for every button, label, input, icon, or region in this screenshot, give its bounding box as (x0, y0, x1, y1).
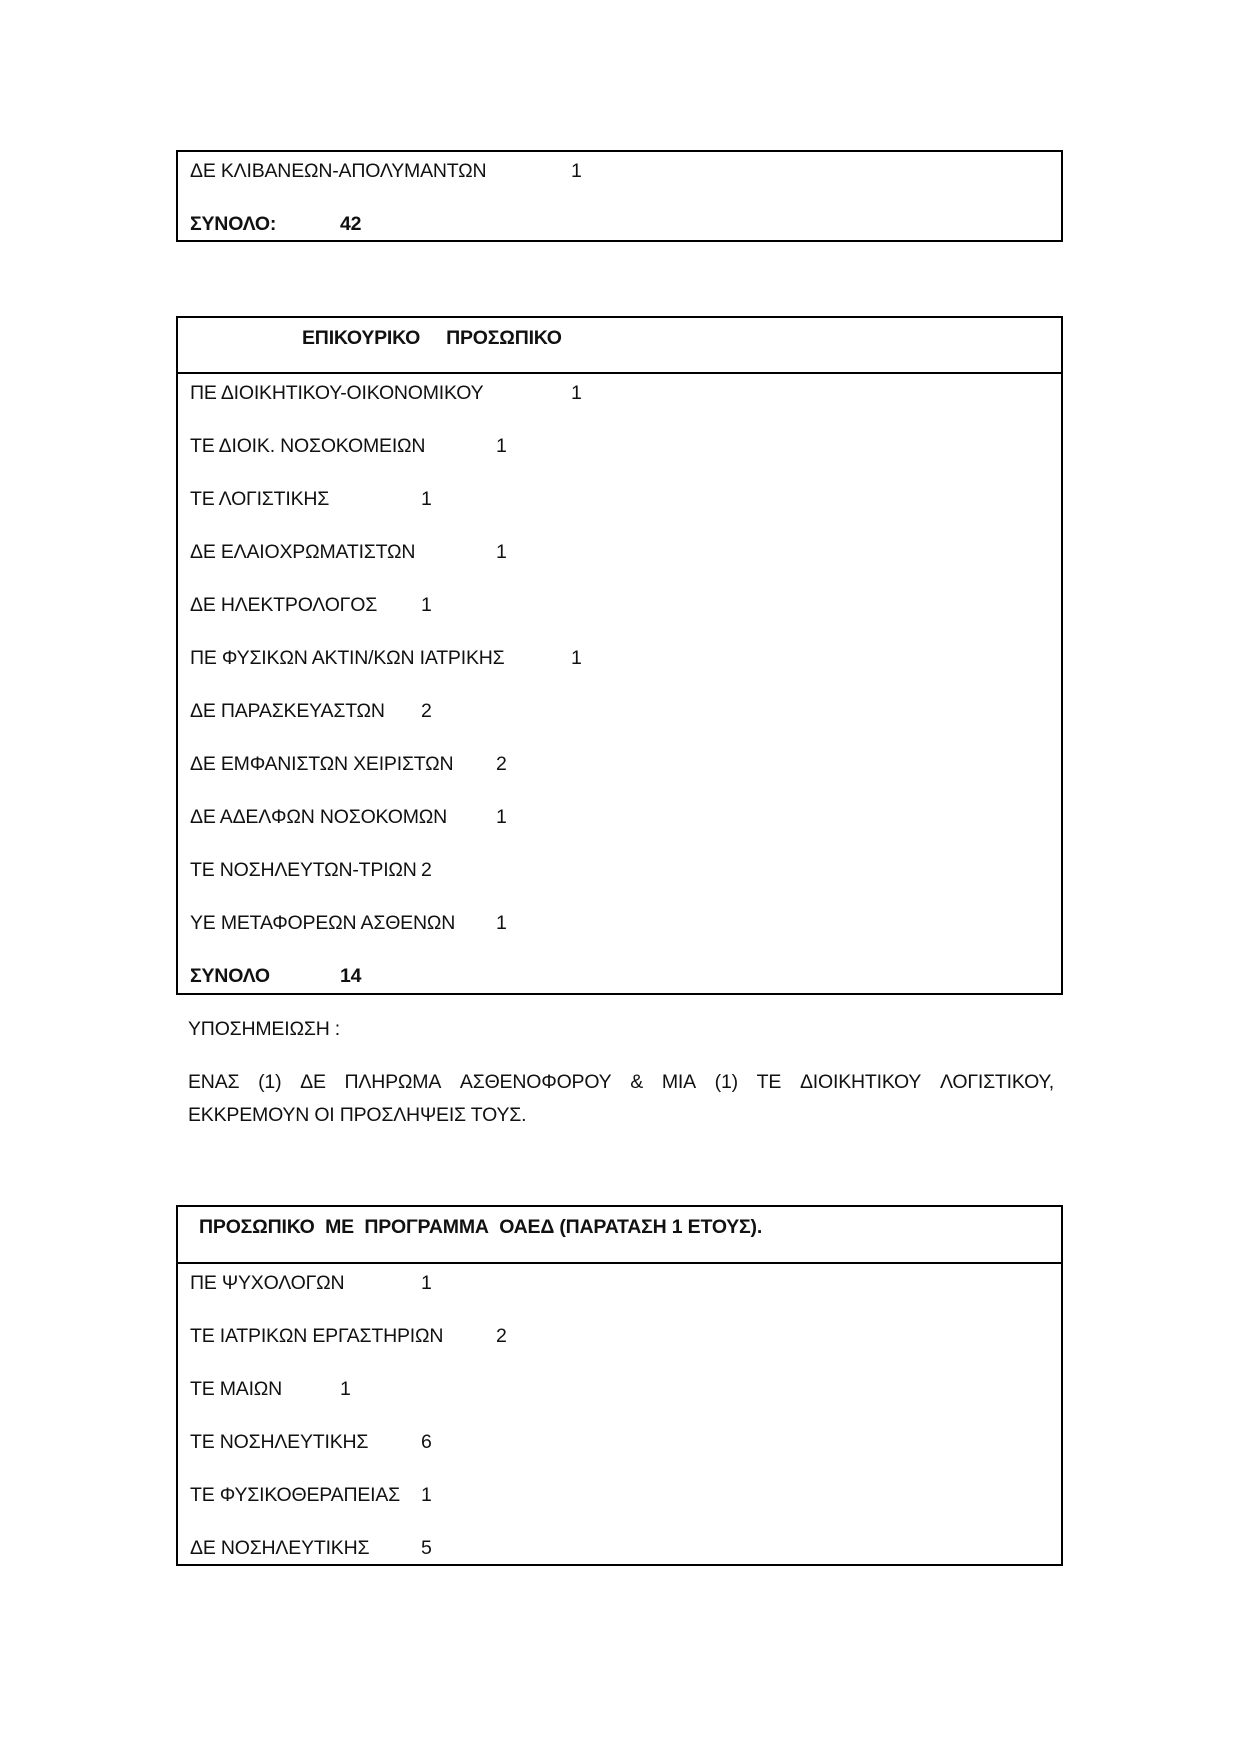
section3-table: ΠΡΟΣΩΠΙΚΟ ΜΕ ΠΡΟΓΡΑΜΜΑ ΟΑΕΔ (ΠΑΡΑΤΑΣΗ 1 … (176, 1205, 1063, 1566)
table-row: ΤΕ ΝΟΣΗΛΕΥΤΙΚΗΣ6 (190, 1431, 368, 1453)
row-label: ΠΕ ΔΙΟΙΚΗΤΙΚΟΥ-ΟΙΚΟΝΟΜΙΚΟΥ (190, 382, 483, 404)
table-row: ΤΕ ΜΑΙΩΝ1 (190, 1378, 282, 1400)
row-label: ΥΕ ΜΕΤΑΦΟΡΕΩΝ ΑΣΘΕΝΩΝ (190, 912, 455, 934)
row-value: 6 (421, 1431, 432, 1453)
table-row: ΤΕ ΦΥΣΙΚΟΘΕΡΑΠΕΙΑΣ1 (190, 1484, 400, 1506)
row-value: 1 (421, 1484, 432, 1506)
row-label: ΤΕ ΝΟΣΗΛΕΥΤΩΝ-ΤΡΙΩΝ (190, 859, 417, 881)
row-value: 1 (421, 1272, 432, 1294)
footnote-word: ΤΕ (757, 1071, 782, 1093)
table-row: ΤΕ ΔΙΟΙΚ. ΝΟΣΟΚΟΜΕΙΩΝ1 (190, 435, 425, 457)
table-row: ΠΕ ΦΥΣΙΚΩΝ ΑΚΤΙΝ/ΚΩΝ ΙΑΤΡΙΚΗΣ1 (190, 647, 505, 669)
header-divider (178, 1262, 1061, 1264)
footnote-word: ΜΙΑ (662, 1071, 696, 1093)
footnote-word: ΔΙΟΙΚΗΤΙΚΟΥ (800, 1071, 921, 1093)
row-value: 1 (496, 912, 507, 934)
total-value: 42 (340, 213, 361, 235)
row-label: ΤΕ ΦΥΣΙΚΟΘΕΡΑΠΕΙΑΣ (190, 1484, 400, 1506)
row-label: ΤΕ ΜΑΙΩΝ (190, 1378, 282, 1400)
table-row: ΔΕ ΕΛΑΙΟΧΡΩΜΑΤΙΣΤΩΝ1 (190, 541, 415, 563)
total-label: ΣΥΝΟΛΟ (190, 965, 270, 987)
row-label: ΠΕ ΨΥΧΟΛΟΓΩΝ (190, 1272, 344, 1294)
row-value: 2 (496, 1325, 507, 1347)
table-row: ΤΕ ΛΟΓΙΣΤΙΚΗΣ1 (190, 488, 329, 510)
table-row: ΔΕ ΕΜΦΑΝΙΣΤΩΝ ΧΕΙΡΙΣΤΩΝ2 (190, 753, 453, 775)
table-row: ΠΕ ΨΥΧΟΛΟΓΩΝ1 (190, 1272, 344, 1294)
footnote-word: ΠΛΗΡΩΜΑ (345, 1071, 442, 1093)
footnote-heading: ΥΠΟΣΗΜΕΙΩΣΗ : (188, 1018, 340, 1040)
section-title: ΕΠΙΚΟΥΡΙΚΟΠΡΟΣΩΠΙΚΟ (302, 327, 562, 349)
row-value: 2 (421, 859, 432, 881)
row-label: ΠΕ ΦΥΣΙΚΩΝ ΑΚΤΙΝ/ΚΩΝ ΙΑΤΡΙΚΗΣ (190, 647, 505, 669)
footnote-word: ΑΣΘΕΝΟΦΟΡΟΥ (460, 1071, 612, 1093)
row-label: ΤΕ ΛΟΓΙΣΤΙΚΗΣ (190, 488, 329, 510)
row-label: ΔΕ ΚΛΙΒΑΝΕΩΝ-ΑΠΟΛΥΜΑΝΤΩΝ (190, 160, 486, 182)
footnote-word: (1) (715, 1071, 738, 1093)
row-value: 1 (496, 435, 507, 457)
row-label: ΔΕ ΕΜΦΑΝΙΣΤΩΝ ΧΕΙΡΙΣΤΩΝ (190, 753, 453, 775)
table-row: ΔΕ ΑΔΕΛΦΩΝ ΝΟΣΟΚΟΜΩΝ1 (190, 806, 447, 828)
row-label: ΔΕ ΝΟΣΗΛΕΥΤΙΚΗΣ (190, 1537, 369, 1559)
total-label: ΣΥΝΟΛΟ: (190, 213, 276, 235)
row-value: 2 (421, 700, 432, 722)
total-value: 14 (340, 965, 361, 987)
row-value: 1 (421, 594, 432, 616)
row-value: 1 (421, 488, 432, 510)
row-value: 1 (340, 1378, 351, 1400)
row-label: ΔΕ ΗΛΕΚΤΡΟΛΟΓΟΣ (190, 594, 377, 616)
row-value: 1 (571, 647, 582, 669)
table-row: ΥΕ ΜΕΤΑΦΟΡΕΩΝ ΑΣΘΕΝΩΝ1 (190, 912, 455, 934)
section1-table: ΔΕ ΚΛΙΒΑΝΕΩΝ-ΑΠΟΛΥΜΑΝΤΩΝ 1 ΣΥΝΟΛΟ: 42 (176, 150, 1063, 242)
table-row: ΔΕ ΝΟΣΗΛΕΥΤΙΚΗΣ5 (190, 1537, 369, 1559)
row-value: 2 (496, 753, 507, 775)
section2-table: ΕΠΙΚΟΥΡΙΚΟΠΡΟΣΩΠΙΚΟ ΠΕ ΔΙΟΙΚΗΤΙΚΟΥ-ΟΙΚΟΝ… (176, 316, 1063, 995)
footnote-word: (1) (258, 1071, 281, 1093)
footnote-text-line2: ΕΚΚΡΕΜΟΥΝ ΟΙ ΠΡΟΣΛΗΨΕΙΣ ΤΟΥΣ. (188, 1104, 526, 1126)
table-row: ΤΕ ΙΑΤΡΙΚΩΝ ΕΡΓΑΣΤΗΡΙΩΝ2 (190, 1325, 443, 1347)
footnote-word: ΛΟΓΙΣΤΙΚΟΥ, (940, 1071, 1054, 1093)
row-value: 5 (421, 1537, 432, 1559)
row-label: ΤΕ ΔΙΟΙΚ. ΝΟΣΟΚΟΜΕΙΩΝ (190, 435, 425, 457)
table-row: ΔΕ ΚΛΙΒΑΝΕΩΝ-ΑΠΟΛΥΜΑΝΤΩΝ 1 (190, 160, 486, 182)
footnote-word: & (630, 1071, 643, 1093)
total-row: ΣΥΝΟΛΟ: 42 (190, 213, 276, 235)
row-value: 1 (571, 160, 582, 182)
footnote-word: ΔΕ (300, 1071, 326, 1093)
total-row: ΣΥΝΟΛΟ14 (190, 965, 270, 987)
row-value: 1 (496, 541, 507, 563)
footnote-word: ΕΝΑΣ (188, 1071, 239, 1093)
table-row: ΤΕ ΝΟΣΗΛΕΥΤΩΝ-ΤΡΙΩΝ2 (190, 859, 417, 881)
row-label: ΤΕ ΝΟΣΗΛΕΥΤΙΚΗΣ (190, 1431, 368, 1453)
table-row: ΔΕ ΠΑΡΑΣΚΕΥΑΣΤΩΝ2 (190, 700, 385, 722)
row-label: ΤΕ ΙΑΤΡΙΚΩΝ ΕΡΓΑΣΤΗΡΙΩΝ (190, 1325, 443, 1347)
row-value: 1 (496, 806, 507, 828)
table-row: ΠΕ ΔΙΟΙΚΗΤΙΚΟΥ-ΟΙΚΟΝΟΜΙΚΟΥ1 (190, 382, 483, 404)
row-label: ΔΕ ΕΛΑΙΟΧΡΩΜΑΤΙΣΤΩΝ (190, 541, 415, 563)
header-divider (178, 372, 1061, 374)
row-value: 1 (571, 382, 582, 404)
footnote-text-line1: ΕΝΑΣ(1)ΔΕΠΛΗΡΩΜΑΑΣΘΕΝΟΦΟΡΟΥ&ΜΙΑ(1)ΤΕΔΙΟΙ… (188, 1071, 1054, 1093)
section-title: ΠΡΟΣΩΠΙΚΟ ΜΕ ΠΡΟΓΡΑΜΜΑ ΟΑΕΔ (ΠΑΡΑΤΑΣΗ 1 … (199, 1216, 762, 1238)
row-label: ΔΕ ΠΑΡΑΣΚΕΥΑΣΤΩΝ (190, 700, 385, 722)
table-row: ΔΕ ΗΛΕΚΤΡΟΛΟΓΟΣ1 (190, 594, 377, 616)
row-label: ΔΕ ΑΔΕΛΦΩΝ ΝΟΣΟΚΟΜΩΝ (190, 806, 447, 828)
